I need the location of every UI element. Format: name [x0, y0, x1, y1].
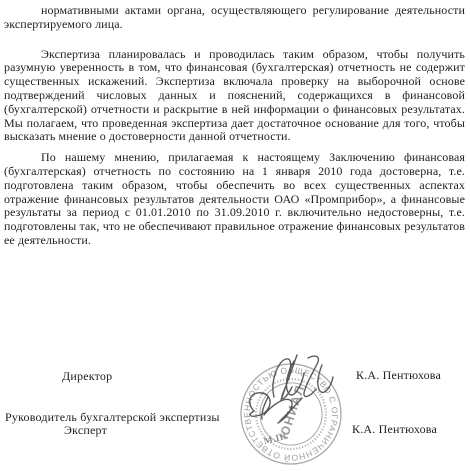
expert-title: Эксперт — [64, 423, 107, 438]
paragraph-regulatory-acts: нормативными актами органа, осуществляющ… — [4, 4, 465, 32]
head-of-accounting-expertise-title: Руководитель бухгалтерской экспертизы — [5, 410, 220, 425]
company-seal-stamp: ОБЩЕСТВО С ОГРАНИЧЕННОЙ ОТВЕТСТВЕННОСТЬЮ… — [234, 353, 354, 471]
seal-mp-label: М.П. — [263, 432, 288, 447]
expert-name: К.А. Пентюхова — [352, 422, 437, 437]
document-page: нормативными актами органа, осуществляющ… — [0, 0, 470, 471]
paragraph-opinion: По нашему мнению, прилагаемая к настояще… — [4, 151, 465, 248]
director-title: Директор — [62, 369, 112, 384]
director-name: К.А. Пентюхова — [356, 368, 441, 383]
paragraph-expertise-scope: Экспертиза планировалась и проводилась т… — [4, 48, 465, 145]
body-text: нормативными актами органа, осуществляющ… — [4, 4, 465, 248]
